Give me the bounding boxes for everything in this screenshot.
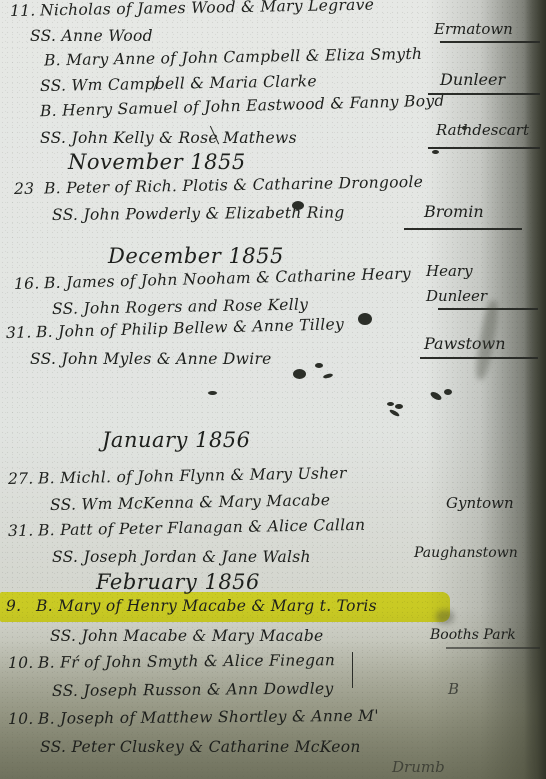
ink-blot [208,391,217,395]
margin-townland: Dunleer [426,287,487,305]
entry-text: B. Mary of Henry Macabe & Marg t. Toris [36,597,377,615]
sponsor-text: SS. Peter Cluskey & Catharine McKeon [40,738,361,756]
ink-blot [387,402,394,406]
margin-rule [428,147,540,149]
entry-day [10,116,40,117]
margin-rule [404,228,522,230]
margin-townland: B [448,680,459,698]
pen-stroke [352,652,353,688]
sponsor-line: SS. Anne Wood [30,27,153,45]
ink-smudge [436,610,454,624]
month-heading: December 1855 [108,244,284,268]
sponsor-text: SS. John Macabe & Mary Macabe [50,627,324,645]
sponsor-line: SS. Peter Cluskey & Catharine McKeon [40,738,361,756]
entry-text: B. Fŕ of John Smyth & Alice Finegan [38,651,335,672]
margin-townland: Booths Park [430,627,516,643]
entry-line: 10.B. Joseph of Matthew Shortley & Anne … [8,707,379,728]
sponsor-line: SS. Joseph Jordan & Jane Walsh [52,548,311,566]
margin-rule [440,41,540,43]
margin-townland: Paughanstown [414,545,518,561]
margin-townland: Gyntown [446,494,514,512]
ink-blot [292,201,304,210]
sponsor-text: SS. John Kelly & Rose Mathews [40,129,297,147]
entry-text: B. Joseph of Matthew Shortley & Anne M' [38,707,379,728]
entry-day: 9. [6,597,36,615]
margin-townland: Dunleer [440,70,505,89]
entry-day: 23 [14,179,44,198]
entry-day: 16. [14,274,44,293]
sponsor-text: SS. Anne Wood [30,27,153,45]
ink-blot [432,150,439,154]
margin-rule [446,647,540,649]
sponsor-line: SS. John Myles & Anne Dwire [30,350,272,368]
entry-day: 10. [8,654,38,672]
margin-townland: Heary [426,262,473,280]
ink-blot [444,389,452,395]
entry-day: 10. [8,710,38,728]
scanned-register-page: 11.Nicholas of James Wood & Mary Legrave… [0,0,546,779]
ink-blot [315,363,323,368]
margin-townland: Rathdescart [436,121,529,139]
ink-blot [395,404,403,409]
month-heading: January 1856 [102,428,251,452]
highlighted-entry-line: 9.B. Mary of Henry Macabe & Marg t. Tori… [6,597,377,615]
margin-rule [428,93,540,95]
entry-day: 31. [6,323,36,342]
sponsor-text: SS. John Myles & Anne Dwire [30,350,272,368]
sponsor-text: SS. Joseph Russon & Ann Dowdley [52,680,334,700]
entry-day: 31. [8,521,38,540]
entry-day: 11. [10,1,40,20]
entry-line: 10.B. Fŕ of John Smyth & Alice Finegan [8,651,335,672]
entry-day [14,65,44,66]
sponsor-line: SS. John Macabe & Mary Macabe [50,627,324,645]
sponsor-line: SS. John Kelly & Rose Mathews [40,129,297,147]
month-heading: November 1855 [68,150,246,174]
margin-townland: Ermatown [434,20,513,38]
binding-shadow [524,0,546,779]
sponsor-text: SS. Joseph Jordan & Jane Walsh [52,548,311,566]
ink-blot [462,126,467,130]
ink-blot [358,313,372,325]
ink-blot [293,369,306,379]
sponsor-line: SS. Joseph Russon & Ann Dowdley [52,680,334,700]
margin-townland: Drumb [392,758,445,776]
month-heading: February 1856 [96,570,260,594]
margin-townland: Bromin [424,202,484,221]
entry-day: 27. [8,469,38,488]
